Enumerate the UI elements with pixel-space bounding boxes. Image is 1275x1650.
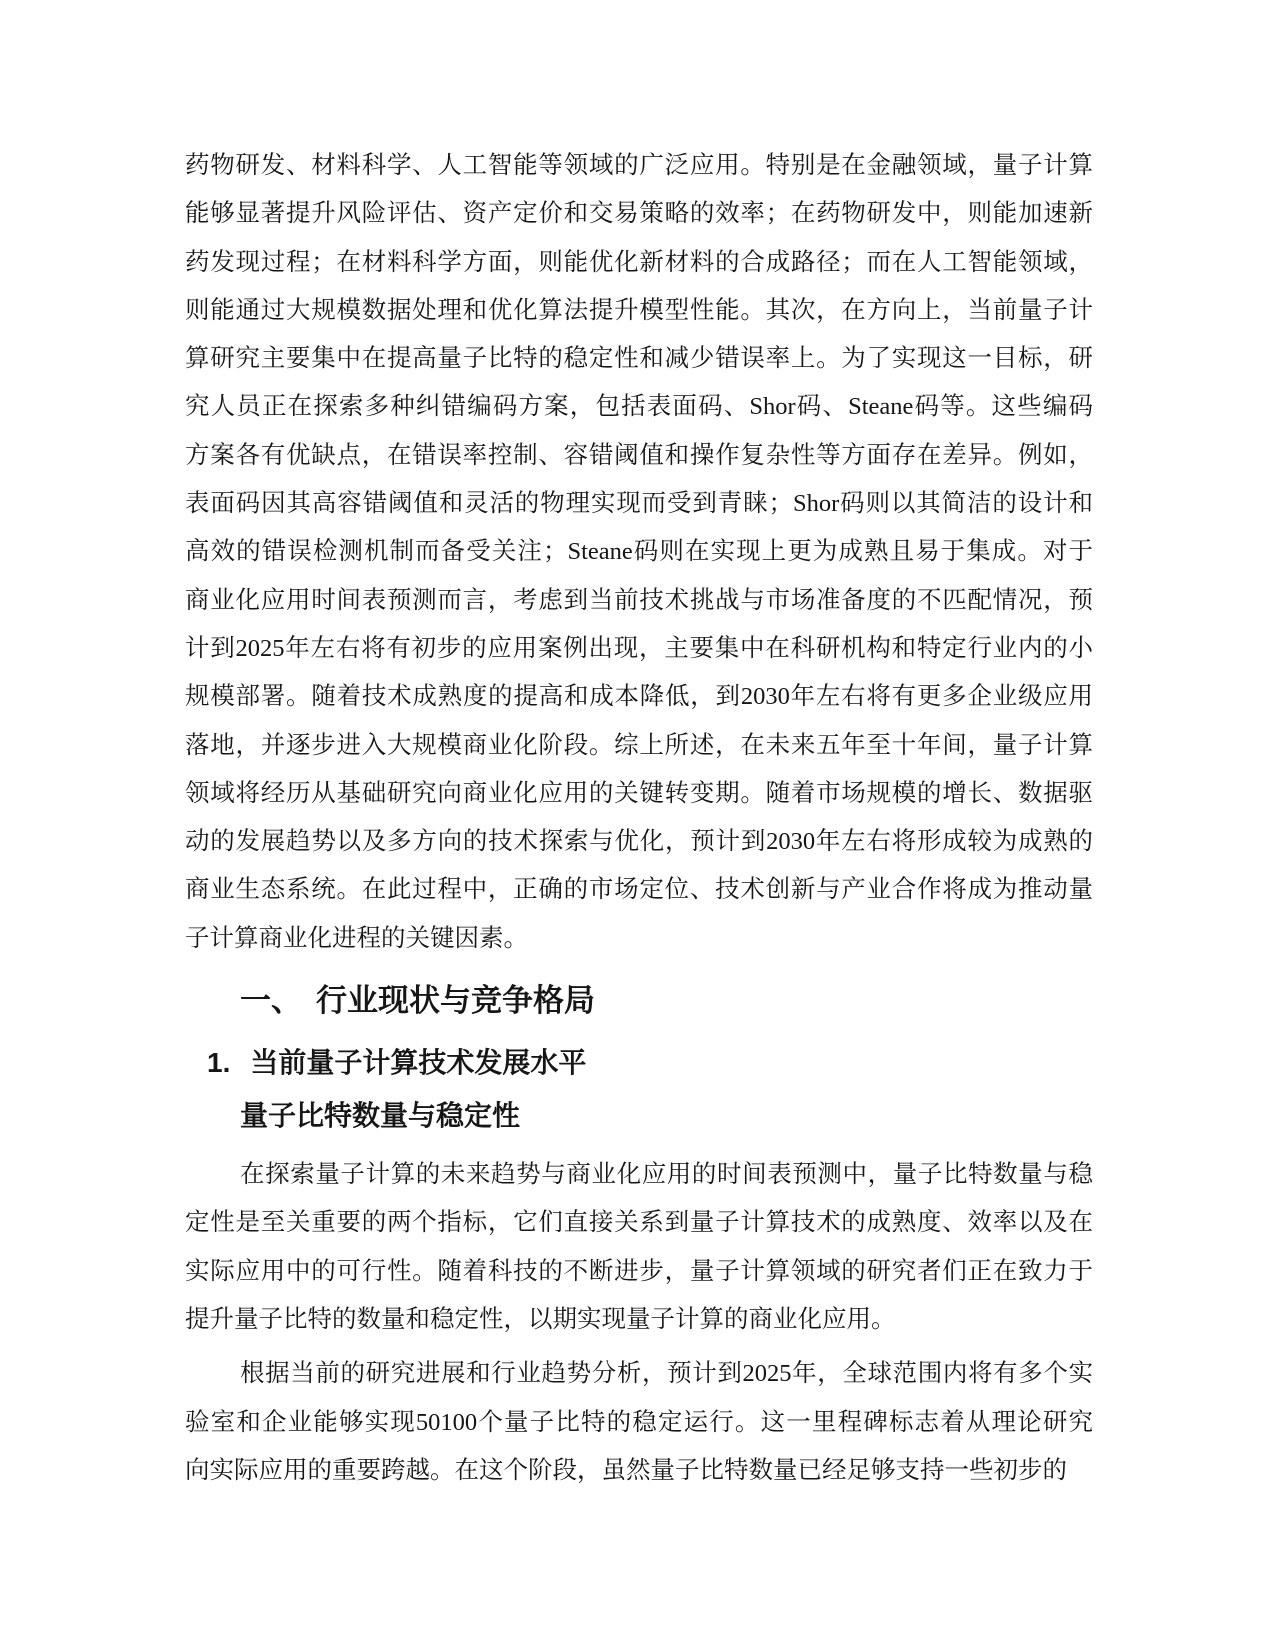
paragraph-line: 则能通过大规模数据处理和优化算法提升模型性能。其次，在方向上，当前量子计 (185, 287, 1093, 335)
body-paragraph: 在探索量子计算的未来趋势与商业化应用的时间表预测中，量子比特数量与稳定性是至关重… (185, 1151, 1093, 1344)
section-heading: 一、行业现状与竞争格局 (240, 979, 1093, 1023)
heading-text: 当前量子计算技术发展水平 (250, 1047, 586, 1078)
paragraph-line: 方案各有优缺点，在错误率控制、容错阈值和操作复杂性等方面存在差异。例如， (185, 432, 1093, 480)
heading-number: 一、 (240, 983, 302, 1018)
document-page: 药物研发、材料科学、人工智能等领域的广泛应用。特别是在金融领域，量子计算能够显著… (0, 0, 1275, 1650)
paragraph-line: 在探索量子计算的未来趋势与商业化应用的时间表预测中，量子比特数量与稳 (185, 1151, 1093, 1199)
paragraph-line: 领域将经历从基础研究向商业化应用的关键转变期。随着市场规模的增长、数据驱 (185, 770, 1093, 818)
paragraph-line: 根据当前的研究进展和行业趋势分析，预计到2025年，全球范围内将有多个实 (185, 1350, 1093, 1398)
paragraph-line: 落地，并逐步进入大规模商业化阶段。综上所述，在未来五年至十年间，量子计算 (185, 722, 1093, 770)
paragraph-line: 商业化应用时间表预测而言，考虑到当前技术挑战与市场准备度的不匹配情况，预 (185, 577, 1093, 625)
paragraph-line: 能够显著提升风险评估、资产定价和交易策略的效率；在药物研发中，则能加速新 (185, 190, 1093, 238)
page-content: 药物研发、材料科学、人工智能等领域的广泛应用。特别是在金融领域，量子计算能够显著… (185, 142, 1093, 1495)
paragraph-line: 向实际应用的重要跨越。在这个阶段，虽然量子比特数量已经足够支持一些初步的 (185, 1447, 1093, 1495)
sub-subsection-heading: 量子比特数量与稳定性 (240, 1097, 1093, 1135)
paragraph-line: 药物研发、材料科学、人工智能等领域的广泛应用。特别是在金融领域，量子计算 (185, 142, 1093, 190)
paragraph-line: 提升量子比特的数量和稳定性，以期实现量子计算的商业化应用。 (185, 1296, 1093, 1344)
paragraph-line: 高效的错误检测机制而备受关注；Steane码则在实现上更为成熟且易于集成。对于 (185, 528, 1093, 576)
paragraph-line: 规模部署。随着技术成熟度的提高和成本降低，到2030年左右将有更多企业级应用 (185, 673, 1093, 721)
paragraph-line: 计到2025年左右将有初步的应用案例出现，主要集中在科研机构和特定行业内的小 (185, 625, 1093, 673)
paragraph-line: 商业生态系统。在此过程中，正确的市场定位、技术创新与产业合作将成为推动量 (185, 866, 1093, 914)
heading-number: 1. (207, 1047, 230, 1078)
paragraph-line: 表面码因其高容错阈值和灵活的物理实现而受到青睐；Shor码则以其简洁的设计和 (185, 480, 1093, 528)
paragraph-line: 验室和企业能够实现50100个量子比特的稳定运行。这一里程碑标志着从理论研究 (185, 1399, 1093, 1447)
subsection-heading: 1.当前量子计算技术发展水平 (207, 1043, 1093, 1083)
paragraph-line: 药发现过程；在材料科学方面，则能优化新材料的合成路径；而在人工智能领域， (185, 239, 1093, 287)
body-paragraph: 根据当前的研究进展和行业趋势分析，预计到2025年，全球范围内将有多个实验室和企… (185, 1350, 1093, 1495)
paragraph-line: 定性是至关重要的两个指标，它们直接关系到量子计算技术的成熟度、效率以及在 (185, 1199, 1093, 1247)
heading-text: 量子比特数量与稳定性 (240, 1100, 520, 1131)
paragraph-line: 子计算商业化进程的关键因素。 (185, 915, 1093, 963)
paragraph-line: 动的发展趋势以及多方向的技术探索与优化，预计到2030年左右将形成较为成熟的 (185, 818, 1093, 866)
paragraph-line: 实际应用中的可行性。随着科技的不断进步，量子计算领域的研究者们正在致力于 (185, 1248, 1093, 1296)
paragraph-line: 究人员正在探索多种纠错编码方案，包括表面码、Shor码、Steane码等。这些编… (185, 383, 1093, 431)
paragraph-line: 算研究主要集中在提高量子比特的稳定性和减少错误率上。为了实现这一目标，研 (185, 335, 1093, 383)
heading-text: 行业现状与竞争格局 (316, 983, 595, 1018)
body-paragraph: 药物研发、材料科学、人工智能等领域的广泛应用。特别是在金融领域，量子计算能够显著… (185, 142, 1093, 963)
